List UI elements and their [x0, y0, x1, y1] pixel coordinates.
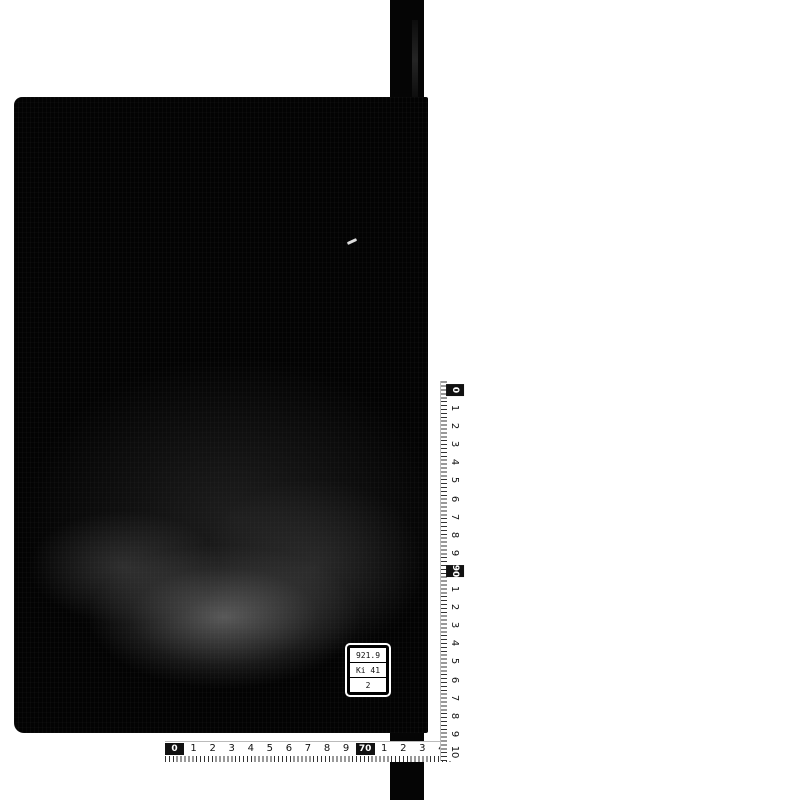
ruler-v-label: 6 — [446, 674, 464, 686]
ruler-ticks — [165, 756, 451, 762]
ruler-v-label: 5 — [446, 475, 464, 487]
ruler-v-label: 8 — [446, 710, 464, 722]
ruler-v-label: 7 — [446, 692, 464, 704]
ruler-v-label: 4 — [446, 456, 464, 468]
ruler-h-label: 9 — [337, 743, 356, 755]
ruler-v-label: 6 — [446, 493, 464, 505]
ruler-v-label: 4 — [446, 637, 464, 649]
ruler-v-label: 9 — [446, 547, 464, 559]
ruler-h-label: 8 — [318, 743, 337, 755]
ruler-v-label: 10 — [446, 746, 464, 758]
ruler-v-label: 7 — [446, 511, 464, 523]
ruler-h-label: 3 — [222, 743, 241, 755]
ruler-h-label: 7 — [298, 743, 317, 755]
ruler-v-label: 9 — [446, 728, 464, 740]
ruler-v-label: 1 — [446, 402, 464, 414]
ruler-h-label: 70 — [356, 743, 375, 755]
book-cover — [14, 97, 428, 733]
ruler-v-label: 3 — [446, 438, 464, 450]
cover-speck — [347, 238, 357, 245]
vertical-scale-ruler: 01234567899012345678910 — [440, 381, 461, 761]
ruler-v-label: 3 — [446, 619, 464, 631]
ruler-h-label: 1 — [184, 743, 203, 755]
ruler-v-label: 2 — [446, 601, 464, 613]
ruler-h-label: 2 — [203, 743, 222, 755]
call-number-volume: 2 — [350, 678, 386, 692]
ruler-v-label: 90 — [446, 565, 464, 577]
ruler-h-label: 2 — [394, 743, 413, 755]
ruler-v-label: 8 — [446, 529, 464, 541]
call-number-class: 921.9 — [350, 648, 386, 663]
ruler-h-label: 0 — [165, 743, 184, 755]
ruler-v-label: 5 — [446, 655, 464, 667]
ruler-h-label: 4 — [241, 743, 260, 755]
ruler-v-label: 2 — [446, 420, 464, 432]
ruler-h-label: 1 — [375, 743, 394, 755]
ruler-h-label: 3 — [413, 743, 432, 755]
call-number-label: 921.9 Ki 41 2 — [345, 643, 391, 697]
ruler-h-label: 5 — [260, 743, 279, 755]
ruler-h-label: 6 — [279, 743, 298, 755]
ruler-v-label: 0 — [446, 384, 464, 396]
call-number-cutter: Ki 41 — [350, 663, 386, 678]
ruler-v-label: 1 — [446, 583, 464, 595]
horizontal-scale-ruler: 0123456789701234 — [165, 741, 451, 762]
